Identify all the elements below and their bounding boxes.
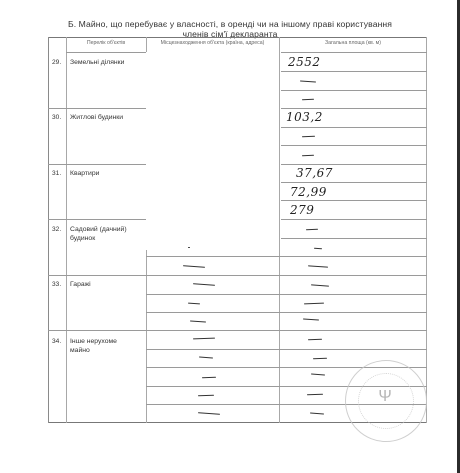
- table-right-border: [426, 37, 427, 423]
- empty-dash: [311, 374, 325, 376]
- area-value: 2552: [288, 55, 321, 69]
- empty-dash: [314, 248, 322, 250]
- row-name: Садовий (дачний) будинок: [70, 225, 142, 243]
- row-number: 30.: [52, 114, 61, 121]
- area-line: [281, 127, 427, 128]
- area-value: 37,67: [296, 166, 333, 180]
- empty-dash: [183, 265, 205, 268]
- empty-dash: [302, 155, 314, 157]
- header-object-list: Перелік об'єктів: [66, 40, 146, 46]
- area-value: 72,99: [290, 185, 327, 199]
- col-divider-number: [66, 37, 67, 423]
- col-divider-area: [279, 37, 280, 423]
- row-number: 33.: [52, 281, 61, 288]
- empty-dash: [307, 394, 323, 396]
- header-location: Місцезнаходження об'єкта (країна, адреса…: [146, 40, 279, 46]
- area-line: [281, 145, 427, 146]
- empty-dash: [303, 318, 319, 320]
- empty-dash: [308, 265, 328, 268]
- row-name: Гаражі: [70, 280, 150, 289]
- header-total-area: Загальна площа (кв. м): [279, 40, 427, 46]
- area-line: [281, 71, 427, 72]
- empty-dash: [198, 395, 214, 397]
- empty-dash: [193, 338, 215, 340]
- loc-area-line: [146, 256, 427, 257]
- area-line: [281, 219, 427, 220]
- empty-dash: [308, 339, 322, 341]
- empty-dash: [302, 99, 314, 101]
- row-sep-32-33: [48, 275, 427, 276]
- empty-dash: [306, 229, 318, 231]
- row-sep-33-34: [48, 330, 427, 331]
- empty-dash: [304, 303, 324, 305]
- empty-dash: [300, 80, 316, 82]
- row-number: 32.: [52, 226, 61, 233]
- header-bottom-line: [66, 52, 146, 53]
- table-top-border: [48, 37, 427, 38]
- header-bottom-line-area: [281, 52, 427, 53]
- empty-dash: [310, 413, 324, 415]
- loc-area-line: [146, 349, 427, 350]
- row-sep-30-31: [48, 164, 146, 165]
- empty-dash: [199, 357, 213, 359]
- table-left-border: [48, 37, 49, 423]
- empty-dash: [190, 320, 206, 322]
- empty-dash: [302, 136, 315, 138]
- row-sep-29-30: [48, 108, 146, 109]
- section-title: Б. Майно, що перебуває у власності, в ор…: [0, 19, 460, 29]
- row-number: 29.: [52, 59, 61, 66]
- row-number: 31.: [52, 170, 61, 177]
- empty-dash: [202, 377, 216, 379]
- area-line: [281, 108, 427, 109]
- empty-dash: [193, 283, 215, 286]
- trident-icon: Ψ: [376, 385, 394, 409]
- empty-dash: [313, 358, 327, 360]
- loc-area-line: [146, 312, 427, 313]
- empty-dash: [188, 303, 200, 305]
- row-name: Квартири: [70, 169, 150, 178]
- area-line: [281, 182, 427, 183]
- location-dot: [188, 247, 190, 248]
- row-number: 34.: [52, 338, 61, 345]
- official-seal: Ψ: [345, 360, 427, 442]
- area-value: 279: [290, 203, 314, 217]
- row-name: Інше нерухоме майно: [70, 337, 130, 355]
- row-sep-31-32: [48, 219, 146, 220]
- area-line: [281, 164, 427, 165]
- area-line: [281, 200, 427, 201]
- area-value: 103,2: [286, 110, 323, 124]
- area-line: [281, 90, 427, 91]
- empty-dash: [198, 412, 220, 415]
- loc-area-line: [146, 294, 427, 295]
- empty-dash: [311, 284, 329, 286]
- area-line: [281, 238, 427, 239]
- row-name: Земельні ділянки: [70, 58, 150, 67]
- row-name: Житлові будинки: [70, 113, 150, 122]
